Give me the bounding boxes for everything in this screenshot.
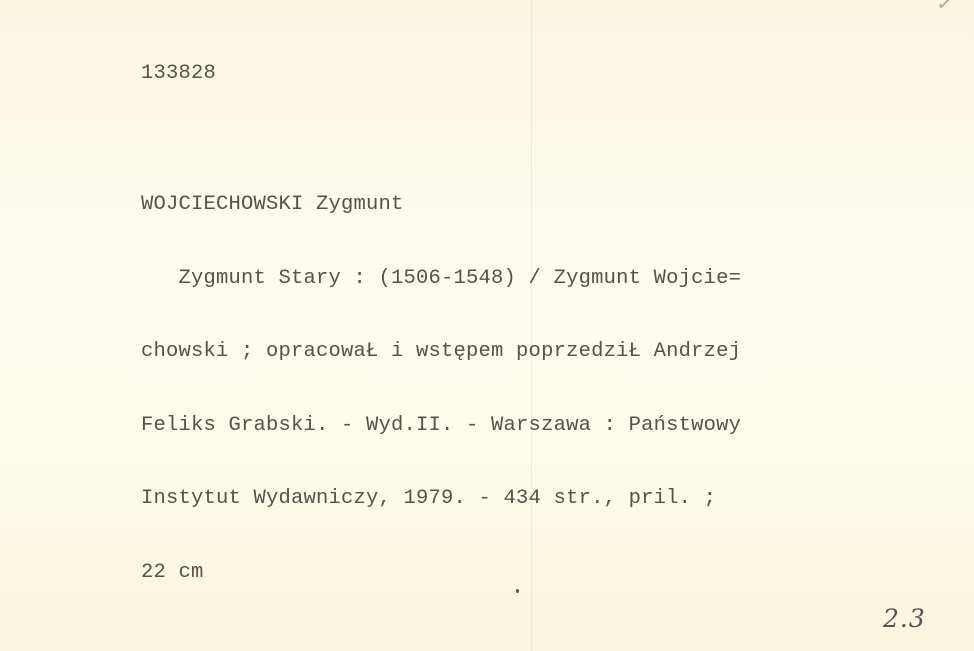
- entry-line: Feliks Grabski. - Wyd.II. - Warszawa : P…: [141, 414, 741, 439]
- bibliographic-entry: WOJCIECHOWSKI Zygmunt Zygmunt Stary : (1…: [141, 144, 741, 634]
- entry-line: 22 cm: [141, 561, 741, 586]
- catalog-card: 133828 WOJCIECHOWSKI Zygmunt Zygmunt Sta…: [0, 0, 974, 651]
- accession-number: 133828: [141, 62, 216, 87]
- entry-heading-line: WOJCIECHOWSKI Zygmunt: [141, 193, 741, 218]
- entry-line: Zygmunt Stary : (1506-1548) / Zygmunt Wo…: [141, 267, 741, 292]
- entry-line: Instytut Wydawniczy, 1979. - 434 str., p…: [141, 487, 741, 512]
- entry-line: chowski ; opracowaŁ i wstępem poprzedziŁ…: [141, 340, 741, 365]
- ink-speck: [516, 589, 519, 593]
- handwritten-shelf-note: 2.3: [883, 604, 926, 633]
- check-mark-icon: ✓: [936, 0, 954, 16]
